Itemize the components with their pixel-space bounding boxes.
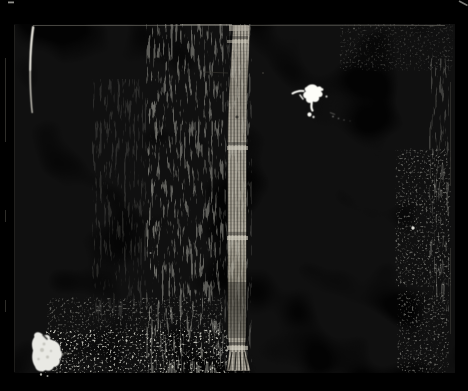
border-left [0,0,14,391]
blot-trail-speck [338,118,339,119]
blot-droplet [312,116,314,118]
tape-dark-spot [236,116,239,119]
below-patch-dot [40,373,42,375]
blot-satellite-dot [321,88,324,91]
tape-crease-shadow-4 [227,342,248,345]
tape-crease-3 [227,236,248,240]
blot-trail-speck [332,116,334,118]
right-panel-dim-dot [417,230,419,232]
top-edge-dot [353,28,355,30]
tape-crease-shadow-3 [227,232,248,235]
below-patch-dot [47,375,49,377]
tape-top-cap [229,25,248,31]
lower-left-mottle-dense [50,332,220,372]
border-top [0,0,468,24]
blot-trail-speck [350,121,351,122]
tape-crease-1 [227,40,248,43]
patch-speck [50,350,52,352]
tape-crease-shadow-1 [227,36,248,39]
upper-right-mottle [345,26,447,68]
right-edge-speckles [430,70,448,300]
tape-crease-2 [227,146,248,150]
corner-dash-top-left [8,2,14,4]
blot-satellite-dot [325,95,327,97]
left-panel-streaks-faint [95,90,155,310]
patch-speck [46,355,49,358]
tape-crease-4 [227,346,248,350]
below-patch-dot [56,372,58,374]
patch-speck [43,343,46,346]
photo-frame: Very dark photographic frame of a closed… [0,0,468,391]
blot-squiggle [311,97,313,111]
tape-crease-shadow-2 [227,142,248,145]
right-panel-bright-dot [411,226,414,229]
blot-trail-speck [343,119,344,120]
spine-right-faint-dot [262,72,264,74]
blot-drop [307,112,311,116]
photograph-canvas [0,0,468,391]
patch-speck [40,348,44,352]
left-panel-dim-dot [150,252,152,254]
lower-right-mottle [400,295,446,375]
border-right [455,0,468,391]
patch-speck [37,358,40,361]
tape-dim-band [227,282,248,338]
border-bottom [0,373,468,391]
